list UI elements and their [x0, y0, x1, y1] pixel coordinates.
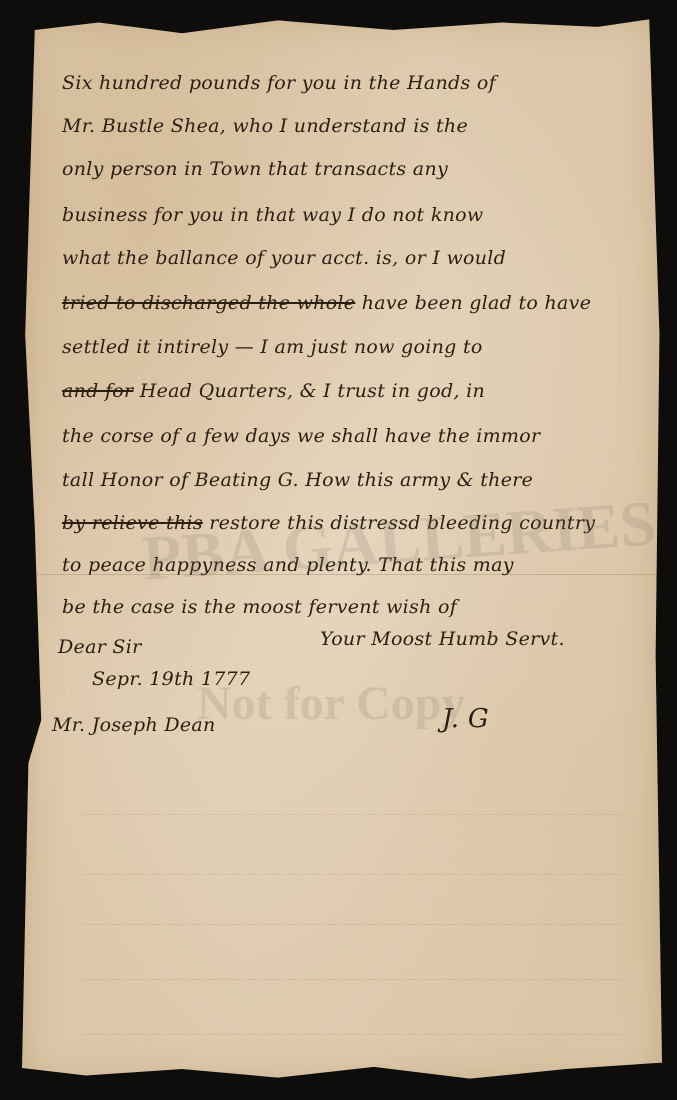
struck-text: and for: [62, 380, 133, 402]
letter-line-6: tried to discharged the whole have been …: [62, 292, 591, 314]
letter-line-4: business for you in that way I do not kn…: [62, 204, 483, 226]
line-text: Head Quarters, & I trust in god, in: [140, 380, 485, 402]
bleed-through: [82, 914, 622, 925]
watermark-gallery: PBA GALLERIES: [140, 486, 658, 596]
salutation: Dear Sir: [58, 636, 142, 658]
letter-line-2: Mr. Bustle Shea, who I understand is the: [62, 115, 468, 137]
bleed-through: [82, 969, 622, 980]
letter-line-3: only person in Town that transacts any: [62, 158, 448, 180]
watermark-not-for-copy: Not for Copy: [197, 676, 465, 731]
letter-sheet: Six hundred pounds for you in the Hands …: [22, 14, 662, 1084]
letter-line-13: be the case is the moost fervent wish of: [62, 596, 457, 618]
letter-line-8: and for Head Quarters, & I trust in god,…: [62, 380, 485, 402]
letter-line-5: what the ballance of your acct. is, or I…: [62, 247, 506, 269]
line-text: have been glad to have: [362, 292, 592, 314]
letter-line-9: the corse of a few days we shall have th…: [62, 425, 540, 447]
bleed-through: [82, 804, 622, 815]
bleed-through: [82, 864, 622, 875]
letter-line-10: tall Honor of Beating G. How this army &…: [62, 469, 533, 491]
letter-line-1: Six hundred pounds for you in the Hands …: [62, 72, 496, 94]
struck-text: tried to discharged the whole: [62, 292, 355, 314]
letter-line-7: settled it intirely — I am just now goin…: [62, 336, 483, 358]
closing: Your Moost Humb Servt.: [320, 628, 565, 650]
bleed-through: [82, 1024, 622, 1035]
addressee: Mr. Joseph Dean: [52, 714, 216, 736]
